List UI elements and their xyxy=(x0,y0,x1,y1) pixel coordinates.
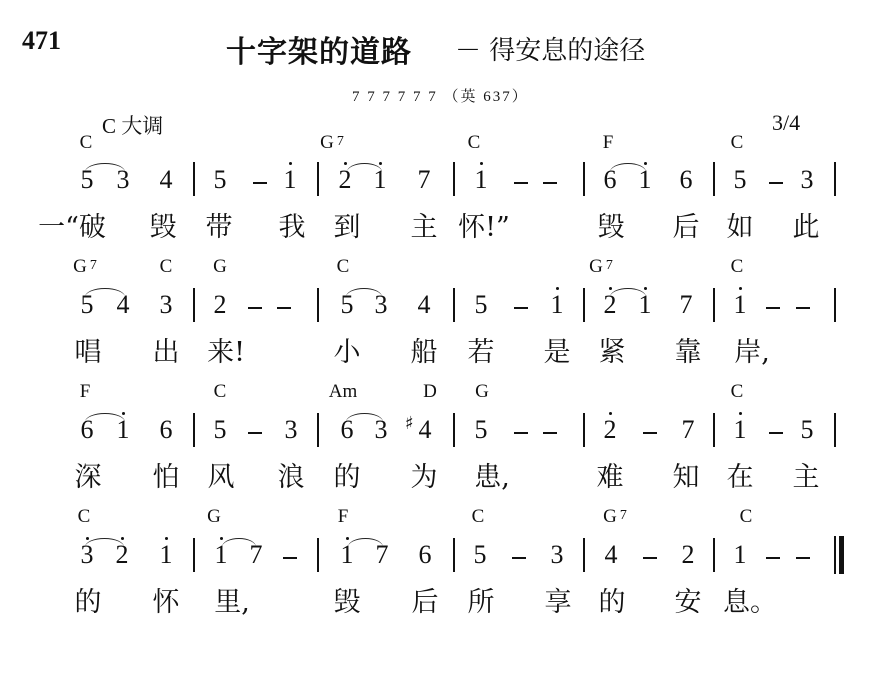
duration-dash xyxy=(796,557,810,559)
octave-dot xyxy=(165,537,168,540)
lyric-syllable: 若 xyxy=(468,330,495,369)
chord-symbol: C xyxy=(731,381,744,403)
barline xyxy=(317,162,319,196)
note-number: 5 xyxy=(475,290,488,319)
note: 2 xyxy=(682,540,695,570)
chord-symbol: D xyxy=(423,381,437,403)
barline xyxy=(317,413,319,447)
lyric-syllable: 我 xyxy=(279,205,306,244)
octave-dot xyxy=(609,412,612,415)
note: 3 xyxy=(285,415,298,445)
duration-dash xyxy=(253,182,267,184)
chord-symbol: G7 xyxy=(589,256,613,278)
duration-dash xyxy=(766,307,780,309)
note-number: 1 xyxy=(160,540,173,569)
lyric-syllable: 为 xyxy=(411,455,438,494)
chord-symbol: C xyxy=(731,256,744,278)
duration-dash xyxy=(796,307,810,309)
chord-label: Am xyxy=(329,381,358,402)
chord-symbol: F xyxy=(338,506,349,528)
barline xyxy=(713,288,715,322)
lyric-syllable: 难 xyxy=(597,455,624,494)
chord-symbol: C xyxy=(160,256,173,278)
octave-dot xyxy=(739,287,742,290)
chord-label: G xyxy=(589,256,603,277)
chord-label: G xyxy=(73,256,87,277)
lyric-syllable: 岸, xyxy=(734,330,770,369)
duration-dash xyxy=(643,557,657,559)
chord-label: G xyxy=(207,506,221,527)
final-barline-thin xyxy=(834,536,836,574)
hymn-title: 十字架的道路 xyxy=(226,27,412,71)
chord-symbol: F xyxy=(80,381,91,403)
chord-symbol: C xyxy=(740,506,753,528)
chord-symbol: G7 xyxy=(320,132,344,154)
chord-label: C xyxy=(740,506,753,527)
duration-dash xyxy=(514,307,528,309)
chord-label: C xyxy=(468,132,481,153)
octave-dot xyxy=(609,287,612,290)
duration-dash xyxy=(514,432,528,434)
note: 1 xyxy=(160,540,173,570)
chord-label: C xyxy=(731,381,744,402)
barline xyxy=(193,413,195,447)
lyric-syllable: 出 xyxy=(153,330,180,369)
note-number: 4 xyxy=(419,415,432,444)
chord-extension: 7 xyxy=(337,134,344,149)
octave-dot xyxy=(220,537,223,540)
note-number: 5 xyxy=(474,540,487,569)
duration-dash xyxy=(512,557,526,559)
note: 5 xyxy=(214,165,227,195)
note: 2 xyxy=(604,415,617,445)
barline xyxy=(713,413,715,447)
lyric-syllable: 毁 xyxy=(334,580,361,619)
note: 7 xyxy=(682,415,695,445)
note-number: 2 xyxy=(682,540,695,569)
lyric-syllable: 风 xyxy=(208,455,235,494)
chord-label: G xyxy=(213,256,227,277)
octave-dot xyxy=(379,162,382,165)
lyric-syllable: 一“破 xyxy=(38,205,106,244)
barline xyxy=(193,162,195,196)
chord-symbol: C xyxy=(214,381,227,403)
note: 1 xyxy=(734,415,747,445)
duration-dash xyxy=(283,557,297,559)
duration-dash xyxy=(643,432,657,434)
octave-dot xyxy=(739,412,742,415)
lyric-syllable: 后 xyxy=(673,205,700,244)
note-number: 3 xyxy=(285,415,298,444)
chord-label: G xyxy=(320,132,334,153)
note: 5 xyxy=(801,415,814,445)
note-number: 4 xyxy=(418,290,431,319)
chord-extension: 7 xyxy=(620,508,627,523)
note-number: 6 xyxy=(160,415,173,444)
lyric-syllable: 主 xyxy=(411,205,438,244)
chord-label: C xyxy=(160,256,173,277)
lyric-syllable: 到 xyxy=(334,205,361,244)
note-number: 2 xyxy=(214,290,227,319)
hymn-number: 471 xyxy=(22,26,61,56)
chord-label: C xyxy=(78,506,91,527)
note: 1 xyxy=(284,165,297,195)
note: 1 xyxy=(734,290,747,320)
lyric-syllable: 带 xyxy=(206,205,233,244)
chord-label: C xyxy=(80,132,93,153)
sharp-icon: ♯ xyxy=(405,413,414,434)
barline xyxy=(453,288,455,322)
chord-symbol: C xyxy=(78,506,91,528)
note-number: 5 xyxy=(734,165,747,194)
note: 5 xyxy=(475,290,488,320)
lyric-syllable: 后 xyxy=(412,580,439,619)
duration-dash xyxy=(769,432,783,434)
chord-extension: 7 xyxy=(606,258,613,273)
note: 5 xyxy=(475,415,488,445)
lyric-syllable: 患, xyxy=(474,455,510,494)
lyric-syllable: 的 xyxy=(334,455,361,494)
key-signature: C 大调 xyxy=(102,110,163,140)
note-number: 5 xyxy=(801,415,814,444)
lyric-syllable: 深 xyxy=(75,455,102,494)
octave-dot xyxy=(122,412,125,415)
chord-label: F xyxy=(603,132,614,153)
lyric-syllable: 如 xyxy=(727,205,754,244)
barline xyxy=(583,538,585,572)
duration-dash xyxy=(514,182,528,184)
chord-label: C xyxy=(472,506,485,527)
barline xyxy=(834,413,836,447)
barline xyxy=(713,162,715,196)
chord-symbol: F xyxy=(603,132,614,154)
lyric-syllable: 安 xyxy=(675,580,702,619)
barline xyxy=(834,162,836,196)
chord-label: G xyxy=(603,506,617,527)
octave-dot xyxy=(289,162,292,165)
note: 4 xyxy=(419,415,432,445)
lyric-syllable: 怀!” xyxy=(458,205,510,244)
note-number: 4 xyxy=(160,165,173,194)
lyric-syllable: 船 xyxy=(411,330,438,369)
octave-dot xyxy=(644,287,647,290)
octave-dot xyxy=(644,162,647,165)
lyric-syllable: 所 xyxy=(468,580,495,619)
chord-symbol: C xyxy=(80,132,93,154)
note: 4 xyxy=(418,290,431,320)
meter-info: 7 7 7 7 7 7 （英 637） xyxy=(352,85,529,106)
lyric-syllable: 此 xyxy=(793,205,820,244)
octave-dot xyxy=(121,537,124,540)
barline xyxy=(193,538,195,572)
chord-symbol: C xyxy=(468,132,481,154)
note-number: 4 xyxy=(605,540,618,569)
lyric-syllable: 知 xyxy=(673,455,700,494)
note: 3 xyxy=(551,540,564,570)
chord-label: C xyxy=(214,381,227,402)
lyric-syllable: 紧 xyxy=(599,330,626,369)
lyric-syllable: 毁 xyxy=(150,205,177,244)
chord-symbol: G7 xyxy=(603,506,627,528)
chord-label: C xyxy=(731,256,744,277)
note: 5 xyxy=(474,540,487,570)
chord-symbol: G xyxy=(475,381,489,403)
final-barline-thick xyxy=(839,536,844,574)
note-number: 7 xyxy=(418,165,431,194)
barline xyxy=(453,413,455,447)
note: 6 xyxy=(419,540,432,570)
barline xyxy=(713,538,715,572)
octave-dot xyxy=(86,537,89,540)
lyric-syllable: 的 xyxy=(75,580,102,619)
note: 4 xyxy=(160,165,173,195)
barline xyxy=(193,288,195,322)
octave-dot xyxy=(344,162,347,165)
note-number: 1 xyxy=(551,290,564,319)
lyric-syllable: 浪 xyxy=(278,455,305,494)
note-number: 7 xyxy=(680,290,693,319)
chord-symbol: G xyxy=(207,506,221,528)
chord-label: G xyxy=(475,381,489,402)
duration-dash xyxy=(543,432,557,434)
chord-label: F xyxy=(80,381,91,402)
note-number: 7 xyxy=(682,415,695,444)
barline xyxy=(453,538,455,572)
note-number: 1 xyxy=(734,290,747,319)
lyric-syllable: 在 xyxy=(727,455,754,494)
note-number: 5 xyxy=(214,415,227,444)
note: 1 xyxy=(551,290,564,320)
octave-dot xyxy=(480,162,483,165)
octave-dot xyxy=(346,537,349,540)
barline xyxy=(583,288,585,322)
lyric-syllable: 唱 xyxy=(75,330,102,369)
note-number: 5 xyxy=(214,165,227,194)
time-signature: 3/4 xyxy=(772,110,800,136)
note: 7 xyxy=(680,290,693,320)
lyric-syllable: 的 xyxy=(599,580,626,619)
note-number: 3 xyxy=(801,165,814,194)
barline xyxy=(317,288,319,322)
chord-symbol: C xyxy=(337,256,350,278)
note: 3 xyxy=(801,165,814,195)
duration-dash xyxy=(248,307,262,309)
chord-symbol: Am xyxy=(329,381,358,403)
hymn-subtitle: － 得安息的途径 xyxy=(455,30,645,67)
note: 6 xyxy=(680,165,693,195)
note: 4 xyxy=(605,540,618,570)
duration-dash xyxy=(543,182,557,184)
note: 1 xyxy=(475,165,488,195)
note: 6 xyxy=(160,415,173,445)
barline xyxy=(834,288,836,322)
lyric-syllable: 怀 xyxy=(153,580,180,619)
note-number: 3 xyxy=(160,290,173,319)
barline xyxy=(317,538,319,572)
lyric-syllable: 靠 xyxy=(675,330,702,369)
lyric-syllable: 息。 xyxy=(723,580,777,619)
duration-dash xyxy=(277,307,291,309)
note-number: 6 xyxy=(419,540,432,569)
barline xyxy=(583,413,585,447)
note: 2 xyxy=(214,290,227,320)
chord-symbol: C xyxy=(731,132,744,154)
note-number: 1 xyxy=(734,415,747,444)
lyric-syllable: 里, xyxy=(214,580,250,619)
duration-dash xyxy=(766,557,780,559)
note-number: 5 xyxy=(475,415,488,444)
octave-dot xyxy=(556,287,559,290)
chord-label: C xyxy=(337,256,350,277)
note: 5 xyxy=(734,165,747,195)
lyric-syllable: 来! xyxy=(207,330,245,369)
note: 1 xyxy=(734,540,747,570)
chord-label: C xyxy=(731,132,744,153)
note-number: 1 xyxy=(475,165,488,194)
note-number: 1 xyxy=(734,540,747,569)
note: 7 xyxy=(418,165,431,195)
lyric-syllable: 享 xyxy=(545,580,572,619)
duration-dash xyxy=(248,432,262,434)
lyric-syllable: 主 xyxy=(793,455,820,494)
chord-extension: 7 xyxy=(90,258,97,273)
lyric-syllable: 毁 xyxy=(598,205,625,244)
note-number: 6 xyxy=(680,165,693,194)
note-number: 3 xyxy=(551,540,564,569)
chord-label: F xyxy=(338,506,349,527)
note: 5 xyxy=(214,415,227,445)
chord-symbol: G xyxy=(213,256,227,278)
note-number: 2 xyxy=(604,415,617,444)
chord-label: D xyxy=(423,381,437,402)
note: 3 xyxy=(160,290,173,320)
barline xyxy=(583,162,585,196)
barline xyxy=(453,162,455,196)
chord-symbol: G7 xyxy=(73,256,97,278)
note-number: 1 xyxy=(284,165,297,194)
lyric-syllable: 小 xyxy=(334,330,361,369)
lyric-syllable: 怕 xyxy=(153,455,180,494)
duration-dash xyxy=(769,182,783,184)
chord-symbol: C xyxy=(472,506,485,528)
lyric-syllable: 是 xyxy=(544,330,571,369)
